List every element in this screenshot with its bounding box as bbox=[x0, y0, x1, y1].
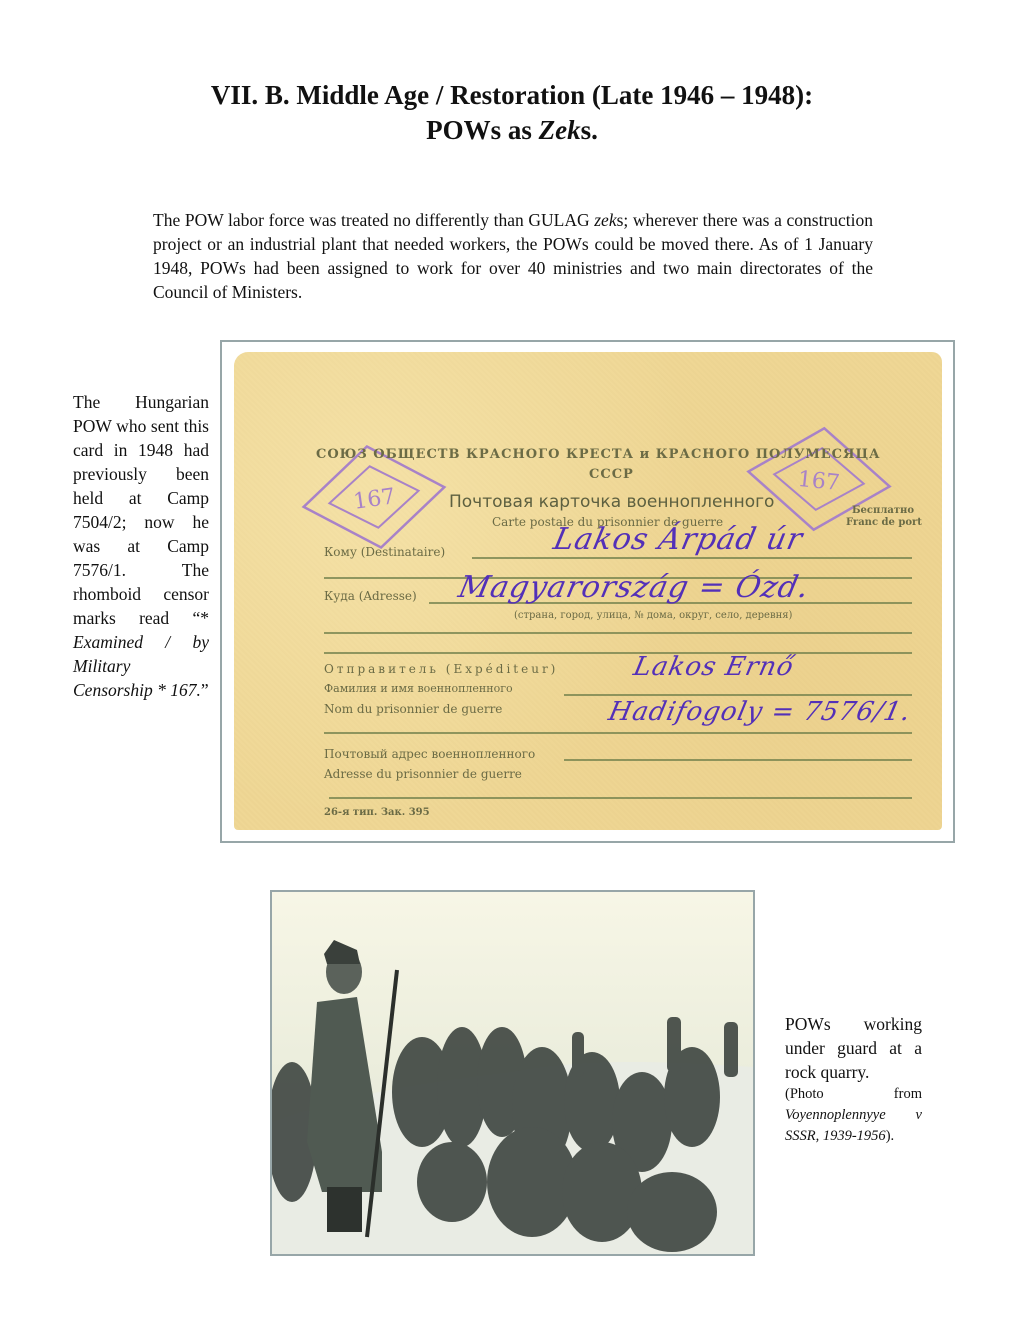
postcard-caption: The Hungarian POW who sent this card in … bbox=[73, 390, 209, 702]
intro-paragraph: The POW labor force was treated no diffe… bbox=[153, 208, 873, 304]
rule bbox=[324, 732, 912, 734]
page-title: VII. B. Middle Age / Restoration (Late 1… bbox=[0, 78, 1024, 148]
rule bbox=[472, 557, 912, 559]
handwritten-recipient: Lakos Árpád úr bbox=[550, 522, 806, 557]
postage-fr: Franc de port bbox=[846, 517, 922, 528]
postage-ru: Бесплатно bbox=[852, 505, 914, 516]
printer-mark: 26-я тип. Зак. 395 bbox=[324, 807, 430, 818]
address-label: Куда (Adresse) bbox=[324, 589, 417, 603]
to-label: Кому (Destinataire) bbox=[324, 545, 445, 559]
sender-address-fr: Adresse du prisonnier de guerre bbox=[324, 767, 522, 781]
rule bbox=[324, 632, 912, 634]
rule bbox=[324, 652, 912, 654]
photo-source: (Photo from Voyennoplennyye v SSSR, 1939… bbox=[785, 1084, 922, 1147]
handwritten-sender-address: Hadifogoly = 7576/1. bbox=[606, 697, 914, 727]
quarry-photograph bbox=[272, 892, 753, 1254]
photo-caption: POWs working under guard at a rock quarr… bbox=[785, 1012, 922, 1147]
card-header-line-1: СОЮЗ ОБЩЕСТВ КРАСНОГО КРЕСТА и КРАСНОГО … bbox=[316, 447, 881, 462]
postcard-image-frame: 167 167 СОЮЗ ОБЩЕСТВ КРАСНОГО КРЕСТА и К… bbox=[220, 340, 955, 843]
title-line-1: VII. B. Middle Age / Restoration (Late 1… bbox=[0, 78, 1024, 113]
address-hint: (страна, город, улица, № дома, округ, се… bbox=[514, 610, 792, 621]
sender-address-ru: Почтовый адрес военнопленного bbox=[324, 747, 535, 761]
card-header-line-2: СССР bbox=[589, 467, 634, 482]
handwritten-address: Magyarország = Ózd. bbox=[455, 570, 812, 605]
quarry-photo-frame bbox=[270, 890, 755, 1256]
sender-name-ru: Фамилия и имя военнопленного bbox=[324, 682, 513, 695]
handwritten-sender: Lakos Ernő bbox=[631, 652, 797, 682]
title-line-2: POWs as Zeks. bbox=[0, 113, 1024, 148]
sender-label: Отправитель (Expéditeur) bbox=[324, 662, 558, 676]
rule bbox=[329, 797, 912, 799]
pow-postcard: 167 167 СОЮЗ ОБЩЕСТВ КРАСНОГО КРЕСТА и К… bbox=[234, 352, 942, 830]
svg-text:167: 167 bbox=[352, 484, 397, 515]
card-title-ru: Почтовая карточка военнопленного bbox=[449, 492, 774, 512]
svg-text:167: 167 bbox=[797, 467, 841, 496]
rule bbox=[564, 694, 912, 696]
sender-name-fr: Nom du prisonnier de guerre bbox=[324, 702, 502, 716]
rule bbox=[564, 759, 912, 761]
